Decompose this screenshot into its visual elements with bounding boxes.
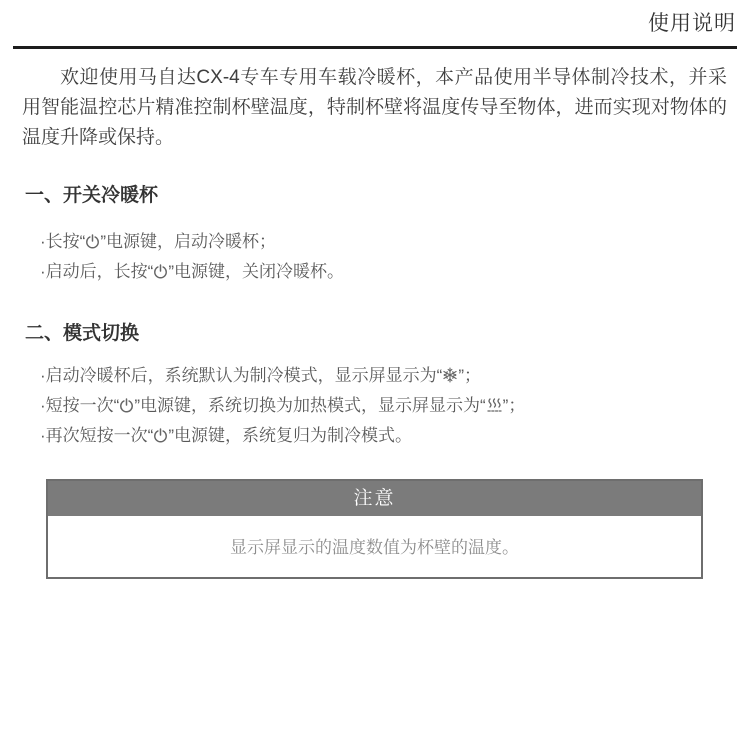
title-divider xyxy=(13,46,737,49)
bullet-item: ·长按“”电源键，启动冷暖杯； xyxy=(40,227,720,257)
page-header: 使用说明 xyxy=(0,0,750,38)
section-2-bullets: ·启动冷暖杯后，系统默认为制冷模式，显示屏显示为“”； ·短按一次“”电源键，系… xyxy=(40,361,720,451)
bullet-text: ”； xyxy=(503,396,526,415)
notice-title: 注意 xyxy=(48,481,701,516)
section-1-heading: 一、开关冷暖杯 xyxy=(25,183,750,209)
bullet-text: ”电源键，关闭冷暖杯。 xyxy=(168,262,344,281)
bullet-item: ·启动后，长按“”电源键，关闭冷暖杯。 xyxy=(40,257,720,287)
bullet-text: ·长按“ xyxy=(40,232,85,251)
bullet-text: ”电源键，启动冷暖杯； xyxy=(100,232,276,251)
bullet-text: ”电源键，系统切换为加热模式，显示屏显示为“ xyxy=(134,396,485,415)
bullet-text: ·短按一次“ xyxy=(40,396,119,415)
section-1-bullets: ·长按“”电源键，启动冷暖杯； ·启动后，长按“”电源键，关闭冷暖杯。 xyxy=(40,227,720,287)
section-2-heading: 二、模式切换 xyxy=(25,321,750,347)
bullet-text: ·启动冷暖杯后，系统默认为制冷模式，显示屏显示为“ xyxy=(40,366,442,385)
bullet-text: ·再次短按一次“ xyxy=(40,426,153,445)
power-icon xyxy=(153,264,168,279)
bullet-text: ”电源键，系统复归为制冷模式。 xyxy=(168,426,412,445)
page-title: 使用说明 xyxy=(648,10,736,38)
bullet-text: ”； xyxy=(458,366,481,385)
power-icon xyxy=(153,428,168,443)
notice-text: 显示屏显示的温度数值为杯壁的温度。 xyxy=(48,516,701,577)
notice-box: 注意 显示屏显示的温度数值为杯壁的温度。 xyxy=(46,479,703,579)
bullet-item: ·启动冷暖杯后，系统默认为制冷模式，显示屏显示为“”； xyxy=(40,361,720,391)
snowflake-icon xyxy=(442,367,458,383)
power-icon xyxy=(119,398,134,413)
power-icon xyxy=(85,234,100,249)
heat-icon xyxy=(486,398,503,413)
bullet-text: ·启动后，长按“ xyxy=(40,262,153,281)
manual-page: 使用说明 欢迎使用马自达CX-4专车专用车载冷暖杯，本产品使用半导体制冷技术，并… xyxy=(0,0,750,731)
bullet-item: ·短按一次“”电源键，系统切换为加热模式，显示屏显示为“”； xyxy=(40,391,720,421)
intro-paragraph: 欢迎使用马自达CX-4专车专用车载冷暖杯，本产品使用半导体制冷技术，并采用智能温… xyxy=(22,63,727,153)
bullet-item: ·再次短按一次“”电源键，系统复归为制冷模式。 xyxy=(40,421,720,451)
